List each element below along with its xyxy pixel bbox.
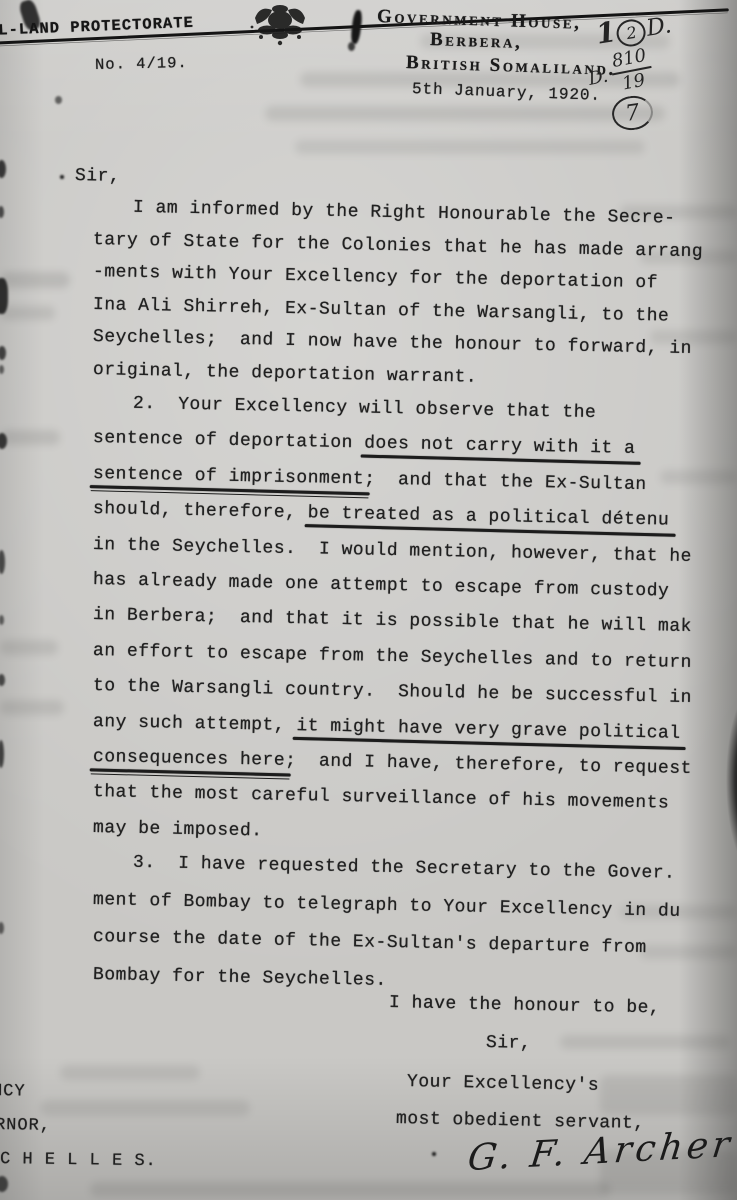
mark-prefix: 1: [594, 15, 616, 50]
letter-line: may be imposed.: [93, 818, 263, 841]
closing-line-3: Your Excellency's: [407, 1072, 600, 1096]
line-text: Ina Ali Shirreh, Ex-Sultan of the Warsan…: [93, 295, 670, 327]
ink-smudge: [0, 550, 5, 574]
scanned-letter-page: { "colors": { "paper": "#c9c8c5", "ink":…: [0, 0, 737, 1200]
letter-line: course the date of the Ex-Sultan's depar…: [93, 927, 647, 958]
letterhead-line-2: Berbera,: [430, 29, 523, 54]
line-text: to the Warsangli country. Should he be s…: [93, 676, 692, 708]
ink-smudge: [0, 278, 8, 314]
ink-smudge: [0, 433, 7, 449]
ink-smudge: [0, 740, 4, 768]
letter-line: -ments with Your Excellency for the depo…: [93, 262, 658, 293]
underlined-phrase: does not carry with it a: [364, 434, 636, 459]
ink-smudge: [0, 160, 6, 178]
line-text: 2. Your Excellency will observe that the: [133, 394, 597, 423]
line-text: -ments with Your Excellency for the depo…: [93, 262, 658, 293]
letter-line: in the Seychelles. I would mention, howe…: [93, 535, 692, 567]
stray-dot: [432, 1152, 436, 1156]
letter-line: sentence of deportation does not carry w…: [93, 428, 636, 459]
letter-line: ment of Bombay to telegraph to Your Exce…: [93, 890, 681, 922]
letter-line: to the Warsangli country. Should he be s…: [93, 676, 692, 708]
file-reference: D. 810 19: [585, 46, 656, 99]
line-text: Bombay for the Seychelles.: [93, 965, 387, 991]
closing-line-1: I have the honour to be,: [389, 993, 661, 1018]
stray-dot: [60, 175, 64, 179]
letter-line: 3. I have requested the Secretary to the…: [93, 852, 676, 884]
line-text: sentence of deportation: [93, 428, 365, 453]
ink-blot: [348, 42, 355, 51]
letter-line: sentence of imprisonment; and that the E…: [93, 464, 647, 495]
letter-line: an effort to escape from the Seychelles …: [93, 641, 692, 673]
line-text: ; and that the Ex-Sultan: [364, 469, 647, 495]
ink-smudge: [0, 615, 4, 625]
line-text: in the Seychelles. I would mention, howe…: [93, 535, 692, 567]
underlined-phrase: sentence of imprisonment: [93, 464, 365, 489]
letter-line: tary of State for the Colonies that he h…: [93, 230, 704, 262]
line-text: may be imposed.: [93, 818, 263, 841]
ink-smudge: [0, 674, 5, 686]
letter-line: Bombay for the Seychelles.: [93, 965, 387, 991]
ink-smudge: [0, 365, 4, 374]
line-text: in Berbera; and that it is possible that…: [93, 605, 692, 637]
line-text: any such attempt,: [93, 712, 297, 736]
underlined-phrase: be treated as a political détenu: [307, 503, 669, 530]
line-text: tary of State for the Colonies that he h…: [93, 230, 704, 262]
letter-line: in Berbera; and that it is possible that…: [93, 605, 692, 637]
line-text: ; and I have, therefore, to request: [285, 751, 692, 779]
letter-line: original, the deportation warrant.: [93, 360, 478, 388]
file-ref-denominator: 19: [620, 70, 646, 94]
line-text: I am informed by the Right Honourable th…: [133, 198, 676, 229]
circled-seven: 7: [610, 93, 655, 132]
line-text: Seychelles; and I now have the honour to…: [93, 327, 692, 359]
circled-two: 2: [615, 17, 648, 48]
letter-line: consequences here; and I have, therefore…: [93, 747, 692, 779]
footer-address-fragment-3: C H E L L E S.: [0, 1150, 157, 1171]
letter-line: 2. Your Excellency will observe that the: [93, 393, 597, 423]
page-edge-shadow: [700, 655, 737, 905]
line-text: an effort to escape from the Seychelles …: [93, 641, 692, 673]
reference-number: No. 4/19.: [95, 54, 188, 74]
footer-address-fragment-2: RNOR,: [0, 1116, 51, 1136]
letter-line: should, therefore, be treated as a polit…: [93, 499, 670, 531]
file-ref-label: D.: [587, 65, 610, 89]
letter-line: any such attempt, it might have very gra…: [93, 712, 681, 744]
letter-line: that the most careful surveillance of hi…: [93, 782, 670, 814]
salutation: Sir,: [75, 166, 121, 187]
ink-smudge: [0, 346, 6, 360]
ink-smudge: [0, 1176, 8, 1192]
ink-smudge: [0, 922, 4, 934]
line-text: has already made one attempt to escape f…: [93, 570, 670, 602]
line-text: 3. I have requested the Secretary to the…: [133, 853, 676, 884]
line-text: original, the deportation warrant.: [93, 360, 478, 388]
ink-smudge: [55, 96, 62, 104]
mark-suffix: D.: [645, 12, 674, 42]
line-text: course the date of the Ex-Sultan's depar…: [93, 927, 647, 958]
underlined-phrase: it might have very grave political: [296, 716, 681, 744]
letter-line: has already made one attempt to escape f…: [93, 570, 670, 602]
line-text: ment of Bombay to telegraph to Your Exce…: [93, 890, 681, 922]
line-text: that the most careful surveillance of hi…: [93, 782, 670, 814]
letter-line: I am informed by the Right Honourable th…: [93, 197, 676, 229]
underlined-phrase: consequences here: [93, 747, 286, 771]
line-text: should, therefore,: [93, 499, 308, 523]
royal-crest-stamp-icon: [248, 2, 312, 50]
letter-line: Ina Ali Shirreh, Ex-Sultan of the Warsan…: [93, 295, 670, 327]
closing-line-2: Sir,: [486, 1033, 532, 1054]
file-ref-fraction: 810 19: [608, 46, 656, 95]
letter-line: Seychelles; and I now have the honour to…: [93, 327, 692, 359]
ink-smudge: [0, 206, 4, 218]
footer-address-fragment-1: NCY: [0, 1082, 26, 1101]
